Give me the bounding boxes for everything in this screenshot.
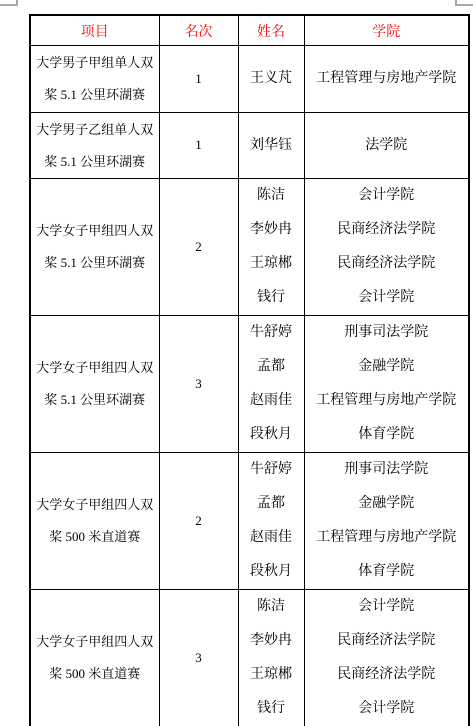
athlete-name: 王琼郴 bbox=[239, 658, 304, 692]
column-header-name: 姓名 bbox=[238, 15, 304, 46]
event-cell: 大学女子甲组四人双 桨 5.1 公里环湖赛 bbox=[30, 316, 159, 453]
names-cell: 陈洁 李妙冉 王琼郴 钱行 bbox=[238, 590, 304, 726]
athlete-name: 牛舒婷 bbox=[239, 453, 304, 487]
college-name: 民商经济法学院 bbox=[305, 247, 469, 281]
college-name: 民商经济法学院 bbox=[305, 624, 469, 658]
college-name: 会计学院 bbox=[305, 692, 469, 726]
college-name: 民商经济法学院 bbox=[305, 213, 469, 247]
column-header-college: 学院 bbox=[304, 15, 469, 46]
names-cell: 牛舒婷 孟都 赵雨佳 段秋月 bbox=[238, 316, 304, 453]
college-name: 会计学院 bbox=[305, 179, 469, 213]
rank-cell: 1 bbox=[159, 46, 238, 113]
athlete-name: 钱行 bbox=[239, 281, 304, 315]
event-cell: 大学女子甲组四人双 桨 500 米直道赛 bbox=[30, 453, 159, 590]
event-text: 大学女子甲组四人双 桨 5.1 公里环湖赛 bbox=[31, 352, 159, 416]
athlete-name: 段秋月 bbox=[239, 555, 304, 589]
college-name: 会计学院 bbox=[305, 281, 469, 315]
athlete-name: 李妙冉 bbox=[239, 624, 304, 658]
event-cell: 大学女子甲组四人双 桨 500 米直道赛 bbox=[30, 590, 159, 726]
athlete-name: 孟都 bbox=[239, 350, 304, 384]
college-name: 金融学院 bbox=[305, 350, 469, 384]
athlete-name: 李妙冉 bbox=[239, 213, 304, 247]
colleges-cell: 刑事司法学院 金融学院 工程管理与房地产学院 体育学院 bbox=[304, 316, 469, 453]
column-header-rank: 名次 bbox=[159, 15, 238, 46]
colleges-cell: 法学院 bbox=[304, 113, 469, 179]
event-cell: 大学男子甲组单人双 桨 5.1 公里环湖赛 bbox=[30, 46, 159, 113]
rank-value: 2 bbox=[195, 239, 202, 254]
table-row: 大学女子甲组四人双 桨 5.1 公里环湖赛 3 牛舒婷 孟都 赵雨佳 段秋月 刑… bbox=[30, 316, 469, 453]
event-text: 大学男子乙组单人双 桨 5.1 公里环湖赛 bbox=[31, 114, 159, 178]
table-row: 大学男子甲组单人双 桨 5.1 公里环湖赛 1 王义芃 工程管理与房地产学院 bbox=[30, 46, 469, 113]
rank-value: 1 bbox=[195, 71, 202, 86]
colleges-cell: 会计学院 民商经济法学院 民商经济法学院 会计学院 bbox=[304, 590, 469, 726]
table-row: 大学女子甲组四人双 桨 500 米直道赛 3 陈洁 李妙冉 王琼郴 钱行 会计学… bbox=[30, 590, 469, 726]
colleges-cell: 刑事司法学院 金融学院 工程管理与房地产学院 体育学院 bbox=[304, 453, 469, 590]
event-text: 大学男子甲组单人双 桨 5.1 公里环湖赛 bbox=[31, 47, 159, 111]
athlete-name: 王义芃 bbox=[239, 62, 304, 96]
rank-cell: 3 bbox=[159, 590, 238, 726]
athlete-name: 赵雨佳 bbox=[239, 384, 304, 418]
athlete-name: 牛舒婷 bbox=[239, 316, 304, 350]
table-row: 大学女子甲组四人双 桨 5.1 公里环湖赛 2 陈洁 李妙冉 王琼郴 钱行 会计… bbox=[30, 179, 469, 316]
college-name: 工程管理与房地产学院 bbox=[305, 384, 469, 418]
college-name: 刑事司法学院 bbox=[305, 453, 469, 487]
college-name: 刑事司法学院 bbox=[305, 316, 469, 350]
rank-value: 2 bbox=[195, 513, 202, 528]
names-cell: 王义芃 bbox=[238, 46, 304, 113]
rank-cell: 2 bbox=[159, 179, 238, 316]
table-row: 大学女子甲组四人双 桨 500 米直道赛 2 牛舒婷 孟都 赵雨佳 段秋月 刑事… bbox=[30, 453, 469, 590]
event-text: 大学女子甲组四人双 桨 5.1 公里环湖赛 bbox=[31, 215, 159, 279]
column-header-event: 项目 bbox=[30, 15, 159, 46]
colleges-cell: 会计学院 民商经济法学院 民商经济法学院 会计学院 bbox=[304, 179, 469, 316]
athlete-name: 孟都 bbox=[239, 487, 304, 521]
athlete-name: 刘华钰 bbox=[239, 129, 304, 163]
rank-cell: 1 bbox=[159, 113, 238, 179]
names-cell: 刘华钰 bbox=[238, 113, 304, 179]
event-text: 大学女子甲组四人双 桨 500 米直道赛 bbox=[31, 626, 159, 690]
results-table: 项目 名次 姓名 学院 大学男子甲组单人双 桨 5.1 公里环湖赛 1 王义芃 … bbox=[29, 14, 470, 726]
event-text: 大学女子甲组四人双 桨 500 米直道赛 bbox=[31, 489, 159, 553]
athlete-name: 王琼郴 bbox=[239, 247, 304, 281]
rank-value: 3 bbox=[195, 376, 202, 391]
table-row: 大学男子乙组单人双 桨 5.1 公里环湖赛 1 刘华钰 法学院 bbox=[30, 113, 469, 179]
athlete-name: 赵雨佳 bbox=[239, 521, 304, 555]
header-row: 项目 名次 姓名 学院 bbox=[30, 15, 469, 46]
rank-cell: 3 bbox=[159, 316, 238, 453]
table-handle-fragment-left bbox=[0, 0, 18, 6]
college-name: 工程管理与房地产学院 bbox=[305, 62, 469, 96]
event-cell: 大学男子乙组单人双 桨 5.1 公里环湖赛 bbox=[30, 113, 159, 179]
athlete-name: 陈洁 bbox=[239, 179, 304, 213]
rank-value: 1 bbox=[195, 137, 202, 152]
names-cell: 牛舒婷 孟都 赵雨佳 段秋月 bbox=[238, 453, 304, 590]
athlete-name: 段秋月 bbox=[239, 418, 304, 452]
table-handle-fragment-right bbox=[455, 0, 473, 6]
athlete-name: 钱行 bbox=[239, 692, 304, 726]
names-cell: 陈洁 李妙冉 王琼郴 钱行 bbox=[238, 179, 304, 316]
rank-value: 3 bbox=[195, 650, 202, 665]
colleges-cell: 工程管理与房地产学院 bbox=[304, 46, 469, 113]
college-name: 体育学院 bbox=[305, 555, 469, 589]
college-name: 金融学院 bbox=[305, 487, 469, 521]
college-name: 工程管理与房地产学院 bbox=[305, 521, 469, 555]
college-name: 体育学院 bbox=[305, 418, 469, 452]
athlete-name: 陈洁 bbox=[239, 590, 304, 624]
college-name: 民商经济法学院 bbox=[305, 658, 469, 692]
college-name: 法学院 bbox=[305, 129, 469, 163]
event-cell: 大学女子甲组四人双 桨 5.1 公里环湖赛 bbox=[30, 179, 159, 316]
rank-cell: 2 bbox=[159, 453, 238, 590]
college-name: 会计学院 bbox=[305, 590, 469, 624]
